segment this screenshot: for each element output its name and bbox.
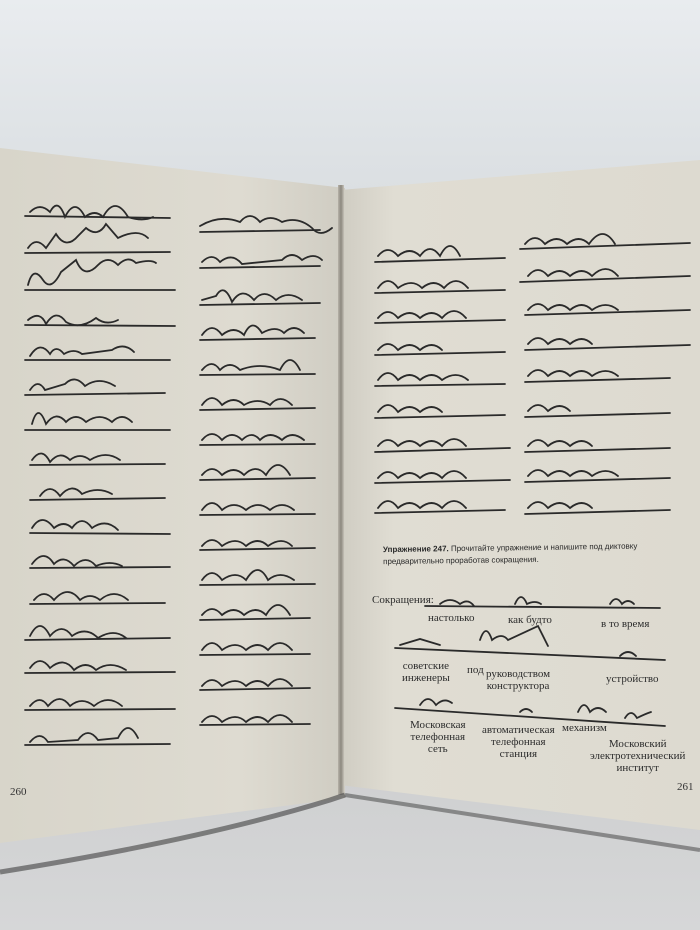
abbr-mekhanizm: механизм [562,722,607,734]
abbreviations-heading: Сокращения: [372,594,434,606]
abbr-ustroystvo: устройство [606,673,659,685]
abbr-mei: Московский электротехнический институт [590,738,685,774]
exercise-instruction: Упражнение 247. Прочитайте упражнение и … [383,540,683,568]
abbr-ats: автоматическая телефонная станция [482,724,555,760]
left-page [0,148,345,843]
abbr-rukovodstvom-konstruktora: руководством конструктора [486,668,550,692]
exercise-label: Упражнение 247. [383,544,449,554]
abbr-sovetskie-inzhenery: советские инженеры [402,660,450,684]
abbr-moskovskaya-telefonnaya-set: Московская телефонная сеть [410,719,466,755]
abbr-kak-budto: как будто [508,614,552,626]
abbr-pod: под [467,664,484,676]
book-spine-gutter [338,185,344,795]
page-number-left: 260 [10,786,27,798]
abbr-v-to-vremya: в то время [601,618,649,630]
abbr-nastolko: настолько [428,612,474,624]
page-number-right: 261 [677,781,694,793]
